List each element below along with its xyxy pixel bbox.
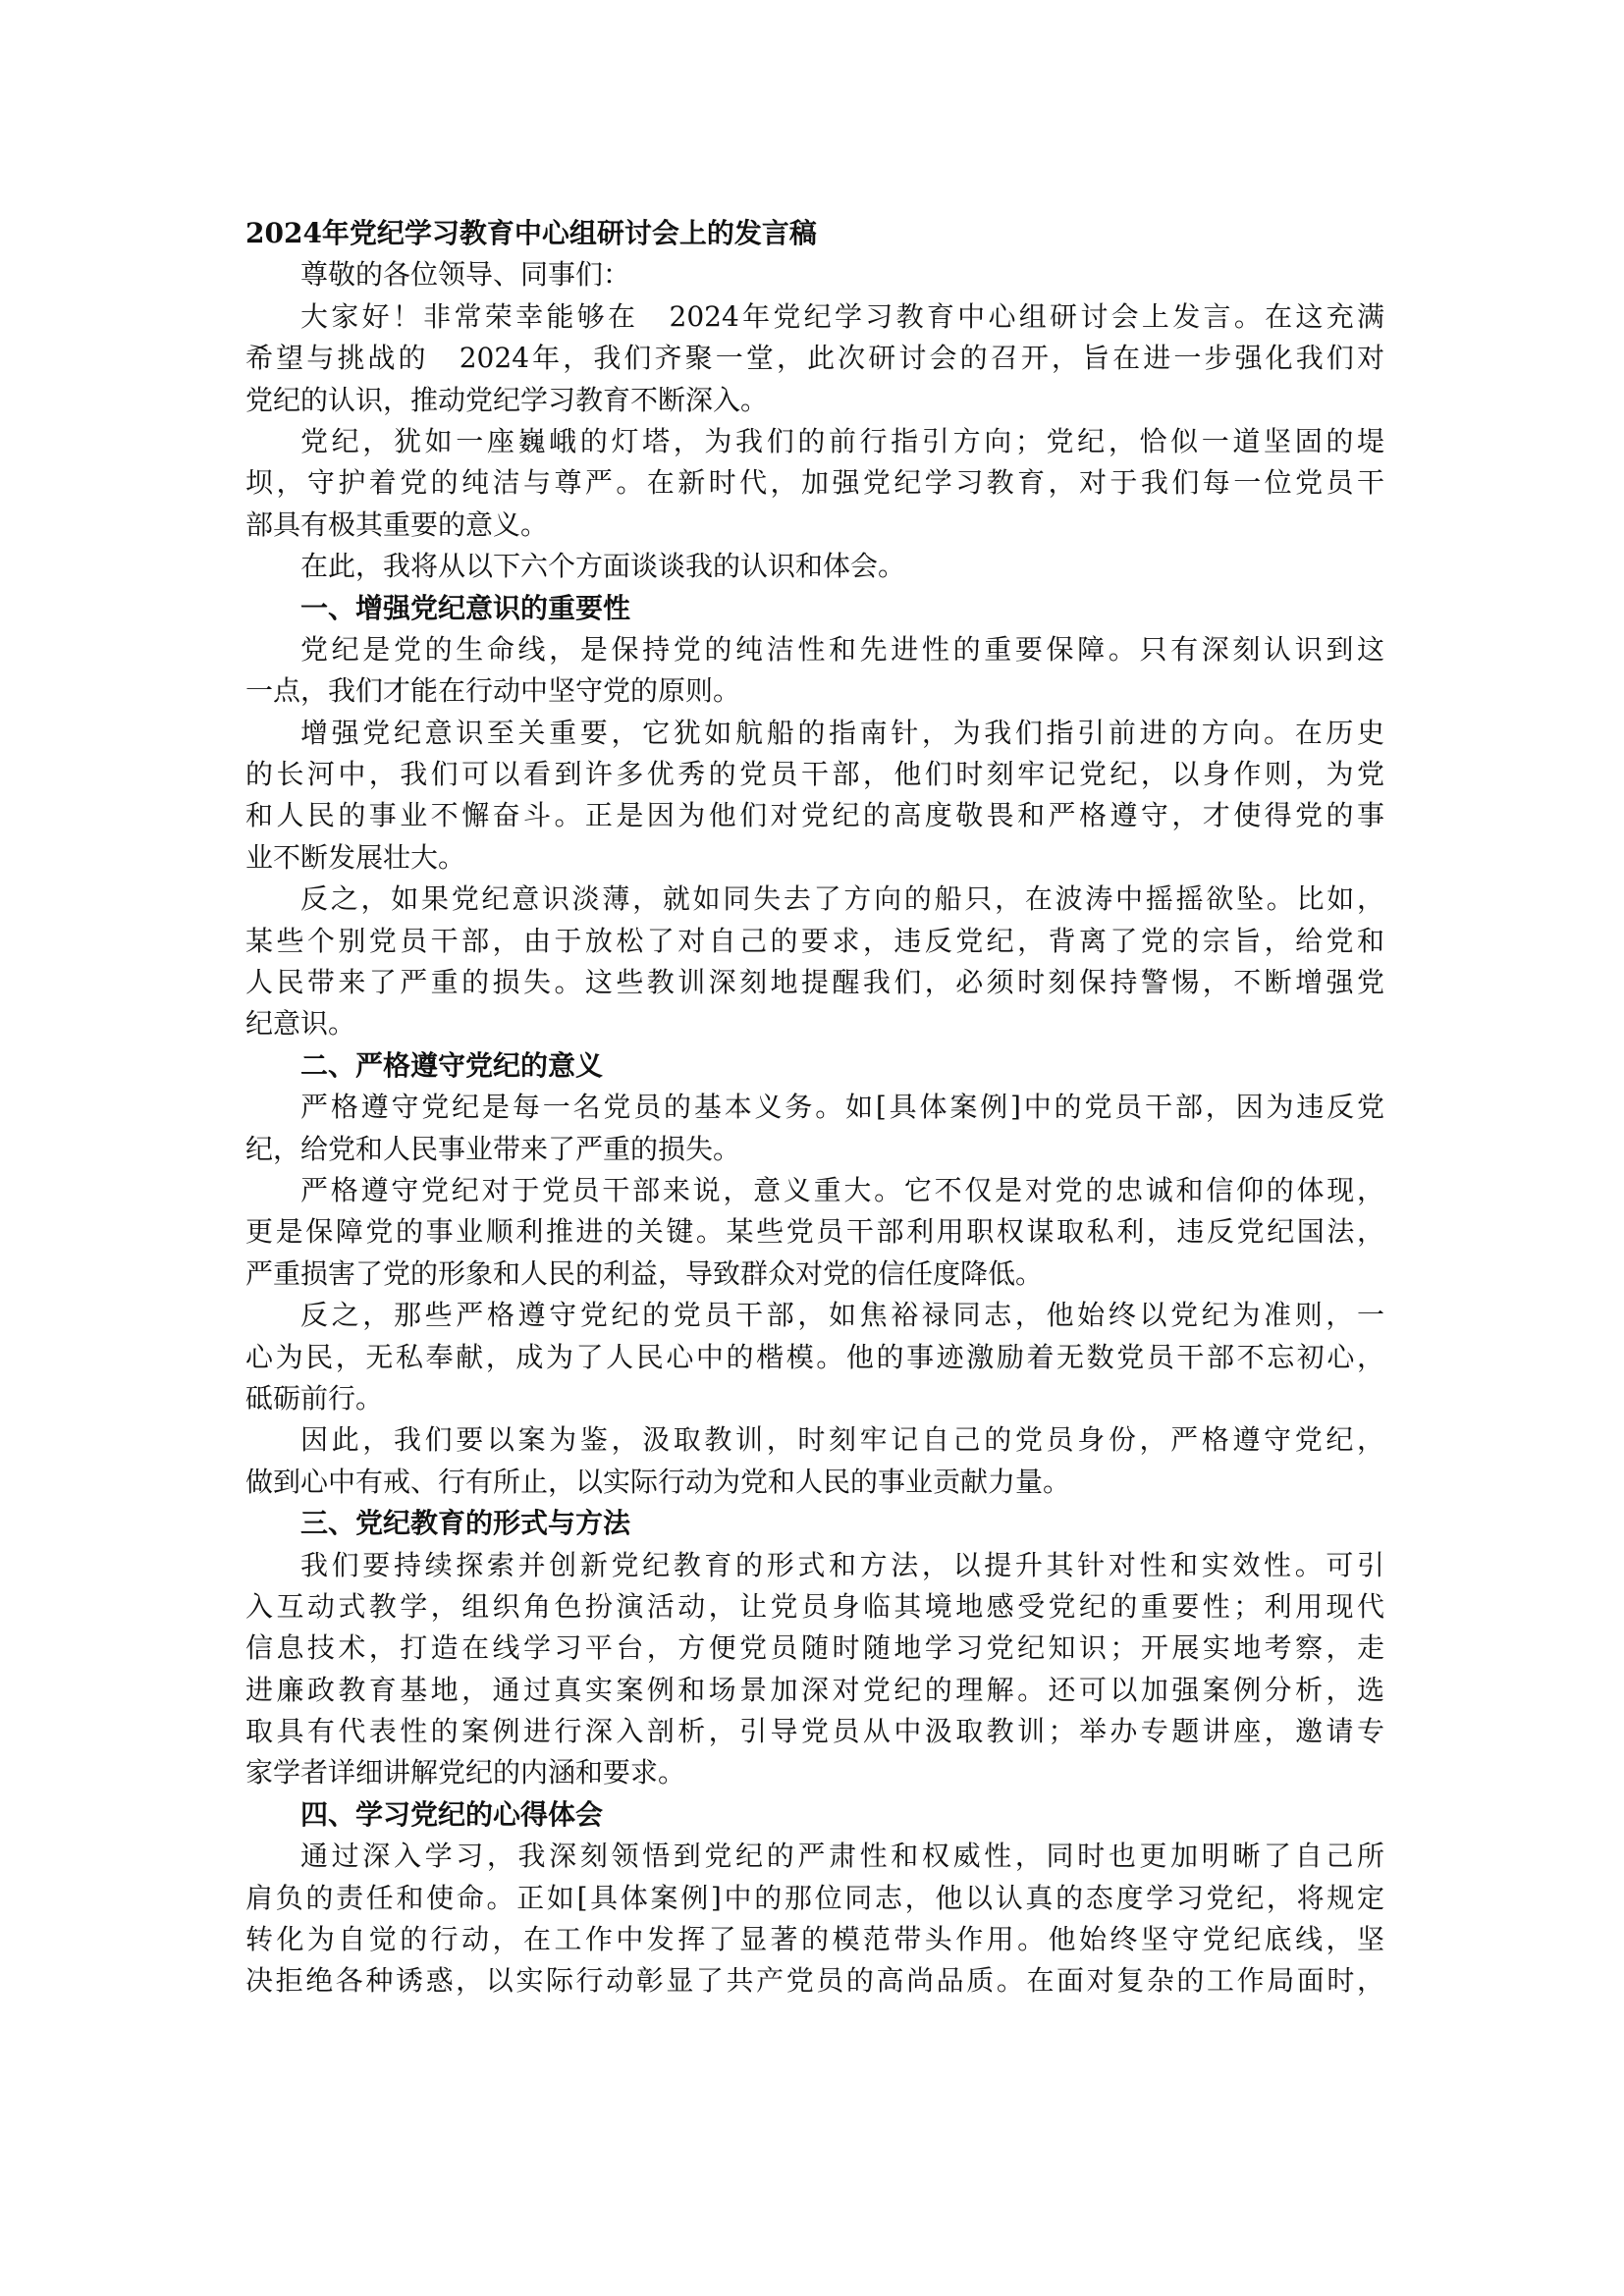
paragraph-line: 严重损害了党的形象和人民的利益，导致群众对党的信任度降低。 [245,1254,1384,1295]
paragraph-line: 入互动式教学，组织角色扮演活动，让党员身临其境地感受党纪的重要性；利用现代 [245,1586,1384,1628]
paragraph-line: 希望与挑战的 2024年，我们齐聚一堂，此次研讨会的召开，旨在进一步强化我们对 [245,338,1384,379]
paragraph-line: 砥砺前行。 [245,1378,1384,1419]
paragraph-line: 肩负的责任和使命。正如[具体案例]中的那位同志，他以认真的态度学习党纪，将规定 [245,1878,1384,1919]
paragraph-first-line: 大家好！非常荣幸能够在 2024年党纪学习教育中心组研讨会上发言。在这充满 [245,296,1384,338]
document-body: 尊敬的各位领导、同事们：大家好！非常荣幸能够在 2024年党纪学习教育中心组研讨… [245,254,1384,2002]
paragraph-line: 部具有极其重要的意义。 [245,505,1384,546]
paragraph-line: 纪意识。 [245,1003,1384,1044]
paragraph-line: 纪，给党和人民事业带来了严重的损失。 [245,1129,1384,1170]
paragraph-line: 心为民，无私奉献，成为了人民心中的楷模。他的事迹激励着无数党员干部不忘初心， [245,1337,1384,1378]
paragraph-line: 党纪的认识，推动党纪学习教育不断深入。 [245,380,1384,421]
paragraph-line: 和人民的事业不懈奋斗。正是因为他们对党纪的高度敬畏和严格遵守，才使得党的事 [245,795,1384,836]
document-title: 2024年党纪学习教育中心组研讨会上的发言稿 [245,213,1384,254]
paragraph-first-line: 因此，我们要以案为鉴，汲取教训，时刻牢记自己的党员身份，严格遵守党纪， [245,1419,1384,1461]
paragraph-first-line: 增强党纪意识至关重要，它犹如航船的指南针，为我们指引前进的方向。在历史 [245,713,1384,754]
paragraph-line: 转化为自觉的行动，在工作中发挥了显著的模范带头作用。他始终坚守党纪底线，坚 [245,1919,1384,1960]
paragraph-first-line: 尊敬的各位领导、同事们： [245,254,1384,295]
section-heading: 一、增强党纪意识的重要性 [245,588,1384,629]
paragraph-line: 决拒绝各种诱惑，以实际行动彰显了共产党员的高尚品质。在面对复杂的工作局面时， [245,1960,1384,2002]
paragraph-line: 更是保障党的事业顺利推进的关键。某些党员干部利用职权谋取私利，违反党纪国法， [245,1211,1384,1253]
paragraph-line: 信息技术，打造在线学习平台，方便党员随时随地学习党纪知识；开展实地考察，走 [245,1628,1384,1669]
paragraph-first-line: 党纪是党的生命线，是保持党的纯洁性和先进性的重要保障。只有深刻认识到这 [245,629,1384,670]
paragraph-line: 一点，我们才能在行动中坚守党的原则。 [245,670,1384,712]
paragraph-line: 业不断发展壮大。 [245,837,1384,879]
paragraph-line: 坝，守护着党的纯洁与尊严。在新时代，加强党纪学习教育，对于我们每一位党员干 [245,462,1384,504]
paragraph-line: 家学者详细讲解党纪的内涵和要求。 [245,1752,1384,1793]
paragraph-line: 进廉政教育基地，通过真实案例和场景加深对党纪的理解。还可以加强案例分析，选 [245,1670,1384,1711]
paragraph-first-line: 反之，那些严格遵守党纪的党员干部，如焦裕禄同志，他始终以党纪为准则，一 [245,1295,1384,1336]
paragraph-first-line: 我们要持续探索并创新党纪教育的形式和方法，以提升其针对性和实效性。可引 [245,1545,1384,1586]
paragraph-first-line: 通过深入学习，我深刻领悟到党纪的严肃性和权威性，同时也更加明晰了自己所 [245,1836,1384,1877]
paragraph-first-line: 党纪，犹如一座巍峨的灯塔，为我们的前行指引方向；党纪，恰似一道坚固的堤 [245,421,1384,462]
paragraph-line: 的长河中，我们可以看到许多优秀的党员干部，他们时刻牢记党纪，以身作则，为党 [245,754,1384,795]
paragraph-line: 人民带来了严重的损失。这些教训深刻地提醒我们，必须时刻保持警惕，不断增强党 [245,962,1384,1003]
paragraph-first-line: 在此，我将从以下六个方面谈谈我的认识和体会。 [245,546,1384,587]
paragraph-first-line: 严格遵守党纪是每一名党员的基本义务。如[具体案例]中的党员干部，因为违反党 [245,1087,1384,1128]
paragraph-line: 取具有代表性的案例进行深入剖析，引导党员从中汲取教训；举办专题讲座，邀请专 [245,1711,1384,1752]
section-heading: 二、严格遵守党纪的意义 [245,1045,1384,1087]
paragraph-line: 某些个别党员干部，由于放松了对自己的要求，违反党纪，背离了党的宗旨，给党和 [245,921,1384,962]
section-heading: 四、学习党纪的心得体会 [245,1794,1384,1836]
document-page: 2024年党纪学习教育中心组研讨会上的发言稿 尊敬的各位领导、同事们：大家好！非… [245,213,1384,2002]
paragraph-first-line: 反之，如果党纪意识淡薄，就如同失去了方向的船只，在波涛中摇摇欲坠。比如， [245,879,1384,920]
paragraph-line: 做到心中有戒、行有所止，以实际行动为党和人民的事业贡献力量。 [245,1462,1384,1503]
section-heading: 三、党纪教育的形式与方法 [245,1503,1384,1544]
paragraph-first-line: 严格遵守党纪对于党员干部来说，意义重大。它不仅是对党的忠诚和信仰的体现， [245,1170,1384,1211]
